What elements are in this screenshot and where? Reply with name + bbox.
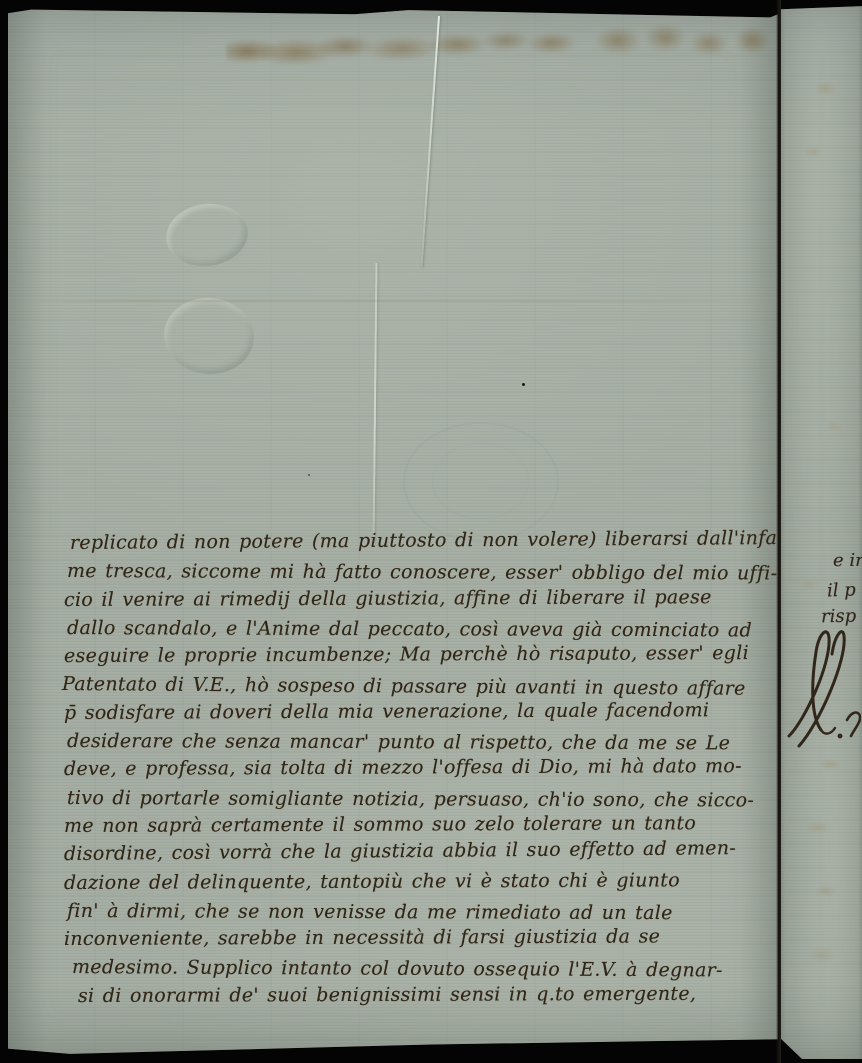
letter-line: dazione del delinquente, tantopiù che vi… <box>64 868 780 899</box>
facing-page-text-fragment: il p <box>827 580 856 602</box>
ink-offset-stain <box>226 26 577 67</box>
facing-page-edge: e in il p risp <box>781 4 862 1060</box>
letter-line: inconveniente, sarebbe in necessità di f… <box>64 925 780 956</box>
letter-line: deve, e professa, sia tolta di mezzo l'o… <box>64 755 780 786</box>
embossed-seal-impression <box>162 199 252 272</box>
embossed-seal-impression <box>161 294 257 378</box>
fold-line <box>8 300 778 302</box>
letter-line: p̄ sodisfare ai doveri della mia veneraz… <box>64 699 780 730</box>
scanned-letter-spread: replicato di non potere (ma piuttosto di… <box>0 0 862 1063</box>
signature-flourish-icon <box>785 624 861 754</box>
dirt-speck <box>308 474 310 476</box>
manuscript-page: replicato di non potere (ma piuttosto di… <box>8 8 778 1056</box>
letter-line: replicato di non potere (ma piuttosto di… <box>70 527 786 560</box>
ink-offset-stain <box>596 20 779 59</box>
letter-line: cio il venire ai rimedij della giustizia… <box>64 585 780 616</box>
dirt-speck <box>522 383 525 386</box>
paper-crease <box>373 263 378 545</box>
facing-page-text-fragment: e in <box>833 550 862 571</box>
page-gutter-shadow <box>776 0 781 1063</box>
letter-line: eseguire le proprie incumbenze; Ma perch… <box>64 642 780 673</box>
letter-line: disordine, così vorrà che la giustizia a… <box>64 837 780 872</box>
faint-seal-watermark <box>403 422 559 542</box>
letter-body: replicato di non potere (ma piuttosto di… <box>64 532 780 1013</box>
letter-line: si di onorarmi de' suoi benignissimi sen… <box>78 982 794 1013</box>
